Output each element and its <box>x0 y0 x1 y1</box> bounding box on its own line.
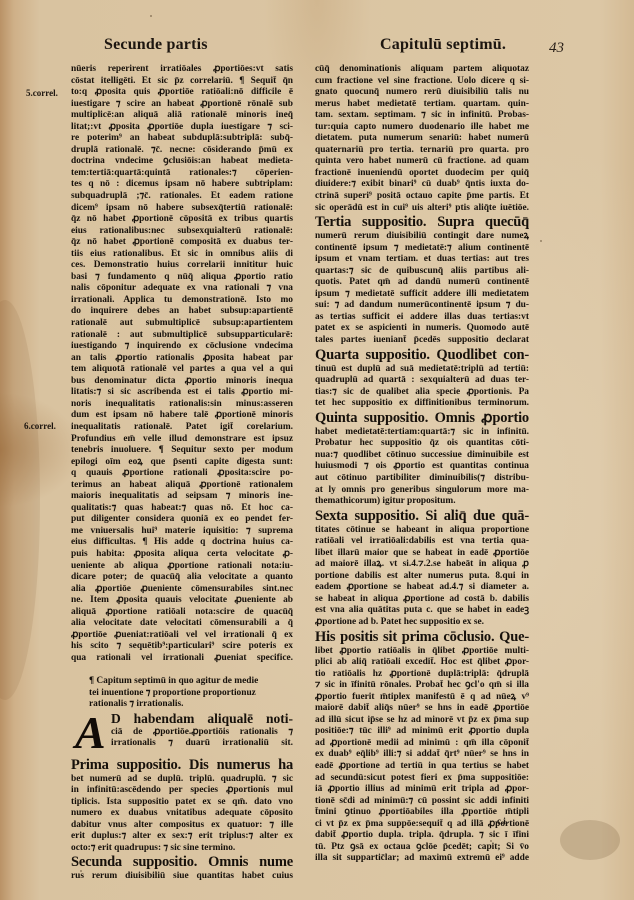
prima-suppositio-heading: Prima suppositio. Dis numerus ha <box>71 757 293 774</box>
text-line: subquadruplā ;⁊c̄. rationales. Et eadem … <box>71 191 293 203</box>
text-line: erit duplus:⁊ alter ex sex:⁊ erit triplu… <box>71 831 293 843</box>
text-line: tales partes iueniant̄ p̄cedēs suppositi… <box>315 335 529 347</box>
text-line: at ly omnis pro generibus singulorum mor… <box>315 485 529 497</box>
text-line: in infinitū:ascēdendo per species ꝓporti… <box>71 785 293 797</box>
text-line: ad maiorē illaꝝ. vt si.4.⁊.2.se habeāt i… <box>315 559 529 571</box>
text-line: ad illū sicut ip̄se se h̄z ad minorē vt … <box>315 715 529 727</box>
text-line: tionē sc̄di ad minimū:⁊ cū possint sic a… <box>315 796 529 808</box>
margin-note-6-correl: 6.correl. <box>24 421 56 431</box>
text-line: do inquirere debes an habet subsup:apart… <box>71 306 293 318</box>
text-line: tiis eius rationalibus. Et sic in omnibu… <box>71 249 293 261</box>
right-column: cūq̄ denominationis aliquam partem aliqu… <box>315 64 529 865</box>
text-line: ciā de ꝓportiōe.ꝓportiōis rationalis ⁊ <box>111 727 293 739</box>
text-line: dicem⁹ ipsam nō habere subsexq̄tertiū ra… <box>71 203 293 215</box>
book-page: Secunde partis Capitulū septimū. 43 5.co… <box>0 0 634 900</box>
text-line: habet medietatē:tertiam:quartā:⁊ sic in … <box>315 427 529 439</box>
margin-note-5-correl: 5.correl. <box>26 88 58 98</box>
text-line: merus habet medietatē tertiam. quartam. … <box>315 99 529 111</box>
quarta-suppositio-heading: Quarta suppositio. Quodlibet con- <box>315 347 529 364</box>
rubric-line: ¶ Capitum septimū in quo agitur de medie <box>89 676 293 688</box>
text-line: q̄z nō habet ꝓportionē compositā ex duab… <box>71 237 293 249</box>
text-line: druplā rationalē. ⁊c̄. necne: cōsiderand… <box>71 145 293 157</box>
text-line: multiplicē:an aliquā aliā rationalē mino… <box>71 110 293 122</box>
text-line: tur:quia capto numero duodenario ille ha… <box>315 122 529 134</box>
text-line: ex duab⁹ eq̄lib⁹ illi:⁊ si addat̄ q̄rt⁹ … <box>315 749 529 761</box>
text-line: tio ratiōalis h̄z ꝓportionē duplā:triplā… <box>315 669 529 681</box>
text-line: rus rerum diuisibiliū siue quantitas hab… <box>71 871 293 883</box>
left-text-block-2: bet numerū ad se duplū. triplū. quadrupl… <box>71 774 293 855</box>
edge-stain <box>0 300 40 700</box>
text-line: an talis ꝓportio rationalis ꝓposita habe… <box>71 353 293 365</box>
text-line: rationalē : aut submultiplicē subsuppart… <box>71 330 293 342</box>
text-line: iuestigando ⁊ inquirendo ex cōclusione v… <box>71 341 293 353</box>
text-line: positiōe:⁊ tūc illi⁹ ad minimū erit ꝓpor… <box>315 726 529 738</box>
text-line: quadruplū ad quartā : sexquialterū ad du… <box>315 375 529 387</box>
text-line: tenebris inuoluere. ¶ Sequitur sexto per… <box>71 445 293 457</box>
text-line: qualitatis:⁊ quas habeat:⁊ quas nō. Et h… <box>71 503 293 515</box>
text-line <box>71 664 293 676</box>
text-line: sui: ⁊ ad dandum numerūcontinentē ipsum … <box>315 300 529 312</box>
text-line: his scito ⁊ sequētib⁹:particulari⁹ scire… <box>71 641 293 653</box>
text-line: plici ab aliq̄ ratiōali excedit̄. Hoc es… <box>315 657 529 669</box>
text-line: tias:⁊ sic de qualibet alia specie ꝓport… <box>315 387 529 399</box>
text-line: put diligenter considera quoniā ex eo pe… <box>71 514 293 526</box>
text-line: numero ex duabus vnitatibus adequate cōp… <box>71 808 293 820</box>
text-line: litatis:⁊ si sic ascribenda est ei talis… <box>71 387 293 399</box>
left-column: nūeris reperirent irratiōales ꝓportiōes:… <box>71 64 293 883</box>
text-line: cum fractione vel sine fractione. Uolo d… <box>315 76 529 88</box>
text-line: rationalē aut submultiplicē subsup:apart… <box>71 318 293 330</box>
text-line: ipsum et vnam tertiam. et duas tertias: … <box>315 254 529 266</box>
right-text-block-4: habet medietatē:tertiam:quartā:⁊ sic in … <box>315 427 529 508</box>
text-line: octo:⁊ erit quadrupus: ⁊ sic sine termin… <box>71 843 293 855</box>
corner-stain <box>560 820 620 860</box>
text-line: ipsum ⁊ medietatē sufficit addere illi m… <box>315 289 529 301</box>
text-line: doctrina vndecime ꝯclusiōis:an habeat me… <box>71 156 293 168</box>
text-line: illa sit suppartic̄lar; ad maximū extrem… <box>315 853 529 865</box>
text-line: ad secundū:sicut potest fieri ex p̄ma su… <box>315 773 529 785</box>
text-line: eadē ꝓportione ad tertiū in qua tertius … <box>315 761 529 773</box>
right-text-block-3: tinuū est duplū ad suā medietatē:triplū … <box>315 364 529 410</box>
text-line: q quauis ꝓportione rationali ꝓposita:sci… <box>71 468 293 480</box>
text-line: ctrinā superi⁹ positā octauo capite p̄me… <box>315 191 529 203</box>
paper-spot <box>150 15 152 17</box>
text-line: irrationali. Applica tu demonstrationē. … <box>71 295 293 307</box>
text-line: to:q ꝓposita quis ꝓportiōe ratiōali:nō d… <box>71 87 293 99</box>
text-line: ne. Item ꝓposita quauis velocitate ꝓueni… <box>71 595 293 607</box>
text-line: gnato quocunq̄ numero rerū diuisibiliū t… <box>315 87 529 99</box>
rubric-line: rationalis ⁊ irrationalis. <box>89 699 293 711</box>
right-text-block-6: libet ꝓportio ratiōalis in q̄libet ꝓport… <box>315 646 529 865</box>
text-line: ⁊ sic in īfinitū rōnales. Probat̄ hec ꝯc… <box>315 680 529 692</box>
text-line: re poterim⁹ an habeat subduplā:subtriplā… <box>71 133 293 145</box>
text-line: quinta vero habet numerū cū fractione. a… <box>315 156 529 168</box>
text-line: sic operādū est in cui⁹ uis alteri⁹ ptis… <box>315 203 529 215</box>
running-head-left: Secunde partis <box>104 36 208 54</box>
text-line: cōstat itelligēti. Et sic p̄z correlariū… <box>71 76 293 88</box>
text-line: nua:⁊ quodlibet cōtinuo successiue dimin… <box>315 450 529 462</box>
text-line: Profundius em̄ velle illud demonstrare e… <box>71 434 293 446</box>
text-line: quaternariū pro tertia. ternariū pro qua… <box>315 145 529 157</box>
text-line: maiorē dabit̄ aliq̄s nūer⁹ se h̄ns in ea… <box>315 703 529 715</box>
text-line: eadem ꝓportione se habeat ad.4.⁊ si diam… <box>315 582 529 594</box>
text-line: epilogi oīm eoꝝ que p̄senti capite diges… <box>71 457 293 469</box>
text-line: tem:tertiā:quartā:quintā rationales:⁊ cō… <box>71 168 293 180</box>
text-line: tet hec suppositio ex diffinitionibus te… <box>315 398 529 410</box>
right-text-block-1: cūq̄ denominationis aliquam partem aliqu… <box>315 64 529 214</box>
text-line: eius difficultas. ¶ His adde q doctrina … <box>71 537 293 549</box>
text-line: qua rationali vel irrationali ꝓueniat sp… <box>71 653 293 665</box>
chapter-rubric: ¶ Capitum septimū in quo agitur de medie… <box>71 676 293 711</box>
quinta-suppositio-heading: Quinta suppositio. Omnis ꝓportio <box>315 410 529 427</box>
text-line: Probatur hec suppositio q̄z ois quantita… <box>315 438 529 450</box>
text-line: se habeat in aliqua ꝓportione ad costā b… <box>315 594 529 606</box>
text-line: basi ⁊ fundamento q nūq̄ aliqua ꝓportio … <box>71 272 293 284</box>
text-line: est vna alia quātitas puta c. que se hab… <box>315 605 529 617</box>
text-line: puis habita: ꝓposita aliqua certa veloci… <box>71 549 293 561</box>
text-line: ꝓportiōe ꝓueniat:ratiōali vel vel irrati… <box>71 630 293 642</box>
text-line: me vniuersalis hui⁹ materie iquisitio: ⁊… <box>71 526 293 538</box>
text-line: dietatem. puta numerum senariū: habet nu… <box>315 133 529 145</box>
text-line: tū. Ptz ꝯsā ex octaua ꝯclōe p̄cedēt; cap… <box>315 842 529 854</box>
text-line: ces. Demonstratio huius correlarii innit… <box>71 260 293 272</box>
text-line: libet illarū maior que se habeat in eadē… <box>315 548 529 560</box>
prima-conclusio-heading: His positis sit prima cōclusio. Que- <box>315 629 529 646</box>
secunda-suppositio-heading: Secunda suppositio. Omnis nume <box>71 854 293 871</box>
text-line: iā ꝓportio illius ad minimū erit tripla … <box>315 784 529 796</box>
text-line: dum est ipsam nō habere talē ꝓportionē m… <box>71 410 293 422</box>
text-line: eius rationalibus:nec subsexquialterū ra… <box>71 226 293 238</box>
text-line: litat;:vt ꝓposita ꝓportiōe dupla iuestig… <box>71 122 293 134</box>
text-line: tes q nō : dicemus ipsam nō habere subtr… <box>71 179 293 191</box>
text-line: nūeris reperirent irratiōales ꝓportiōes:… <box>71 64 293 76</box>
text-line: continentē ipsum ⁊ medietatē:⁊ alium con… <box>315 243 529 255</box>
text-line: q̄z nō habet ꝓportionē cōpositā ex tribu… <box>71 214 293 226</box>
paper-spot <box>540 240 542 242</box>
chapter-opening: A D habendam aliqualē noti- ciā de ꝓport… <box>71 711 293 757</box>
text-line: dabitur vnus alter compositus ex quatuor… <box>71 820 293 832</box>
text-line: maioris inequalitatis ad seipsam ⁊ minor… <box>71 491 293 503</box>
text-line: ad ꝓportionē medii ad minimū : qm̄ illa … <box>315 738 529 750</box>
text-line: ꝓportio fuerit m̄tiplex manifestū ē q ad… <box>315 692 529 704</box>
opening-line: D habendam aliqualē noti- <box>111 711 293 727</box>
sexta-suppositio-heading: Sexta suppositio. Si aliq̄ due quā- <box>315 508 529 525</box>
rubric-line: tei inuentione ⁊ proportione proportionu… <box>89 688 293 700</box>
text-line: as tertias sufficit ei addere illas duas… <box>315 312 529 324</box>
text-line: dabit̄ ꝓportio dupla. tripla. q̄drupla. … <box>315 830 529 842</box>
text-line: numerū rerum diuisibiliū contingit dare … <box>315 231 529 243</box>
text-line: alia velocitate date velocitati cōmensur… <box>71 618 293 630</box>
text-line: terimus an habeat aliquā ꝓportionē ratio… <box>71 480 293 492</box>
right-text-block-2: numerū rerum diuisibiliū contingit dare … <box>315 231 529 346</box>
text-line: tiplicis. Ista suppositio patet ex se qm… <box>71 797 293 809</box>
text-line: nalis cōponitur adequate ex vna rational… <box>71 283 293 295</box>
left-text-block-1: nūeris reperirent irratiōales ꝓportiōes:… <box>71 64 293 676</box>
tertia-suppositio-heading: Tertia suppositio. Supra quecūq̄ <box>315 214 529 231</box>
text-line: diuidere:⁊ exibit binari⁹ cū duab⁹ q̄nti… <box>315 179 529 191</box>
text-line: quotis. Patet qm̄ ad dandū numerū contin… <box>315 277 529 289</box>
text-line: aut cōtinuo partibiliter diminuibilis(⁊ … <box>315 473 529 485</box>
text-line: alia ꝓportiōe ꝓueniente cōmensurabiles s… <box>71 584 293 596</box>
text-line: dicare poter; de quacūq̄ alia velocitate… <box>71 572 293 584</box>
text-line: iuestigare ⁊ scire an habeat ꝓportionē r… <box>71 99 293 111</box>
text-line: ratiōali vel irratiōali:dabilis est vna … <box>315 536 529 548</box>
text-line: bus denominatur dicta ꝓportio minoris in… <box>71 376 293 388</box>
signature-mark: c.i. <box>497 816 508 826</box>
left-text-block-3: rus rerum diuisibiliū siue quantitas hab… <box>71 871 293 883</box>
text-line: inequalitatis rationalē. Patet igit̄ cor… <box>71 422 293 434</box>
text-line: libet ꝓportio ratiōalis in q̄libet ꝓport… <box>315 646 529 658</box>
text-line: aliquā ꝓportione ratiōali nota:scire de … <box>71 607 293 619</box>
text-line: patet ex se aspicienti in numeris. Quomo… <box>315 323 529 335</box>
text-line: noris inequalitatis rationalis:sin minus… <box>71 399 293 411</box>
text-line: fractionē inueniendū oportet duodecim pe… <box>315 168 529 180</box>
running-head-right: Capitulū septimū. <box>380 36 506 54</box>
text-line: irrationalis ⁊ duarū irrationaliū sit. <box>111 738 293 750</box>
text-line: tinuū est duplū ad suā medietatē:triplū … <box>315 364 529 376</box>
text-line: themathicorum) igitur propositum. <box>315 496 529 508</box>
text-line: titates cōtinue se habeant in aliqua pro… <box>315 525 529 537</box>
text-line: tam. sextam. septimam. ⁊ sic in infinitū… <box>315 110 529 122</box>
text-line: cūq̄ denominationis aliquam partem aliqu… <box>315 64 529 76</box>
text-line: portione dabilis est alter numerus puta.… <box>315 571 529 583</box>
text-line: bet numerū ad se duplū. triplū. quadrupl… <box>71 774 293 786</box>
drop-cap-initial: A <box>75 711 106 755</box>
text-line: quartas:⁊ sic de quibuscunq̄ aliis parti… <box>315 266 529 278</box>
folio-number: 43 <box>549 40 564 57</box>
text-line: huiusmodi ⁊ ois ꝓportio est quantitas co… <box>315 461 529 473</box>
text-line: ꝓportione ad b. Patet hec suppositio ex … <box>315 617 529 629</box>
right-text-block-5: titates cōtinue se habeant in aliqua pro… <box>315 525 529 629</box>
text-line: ueniente ab aliqua ꝓportione rationali n… <box>71 561 293 573</box>
text-line: tem aliquotā rationalē vel partes a qua … <box>71 364 293 376</box>
